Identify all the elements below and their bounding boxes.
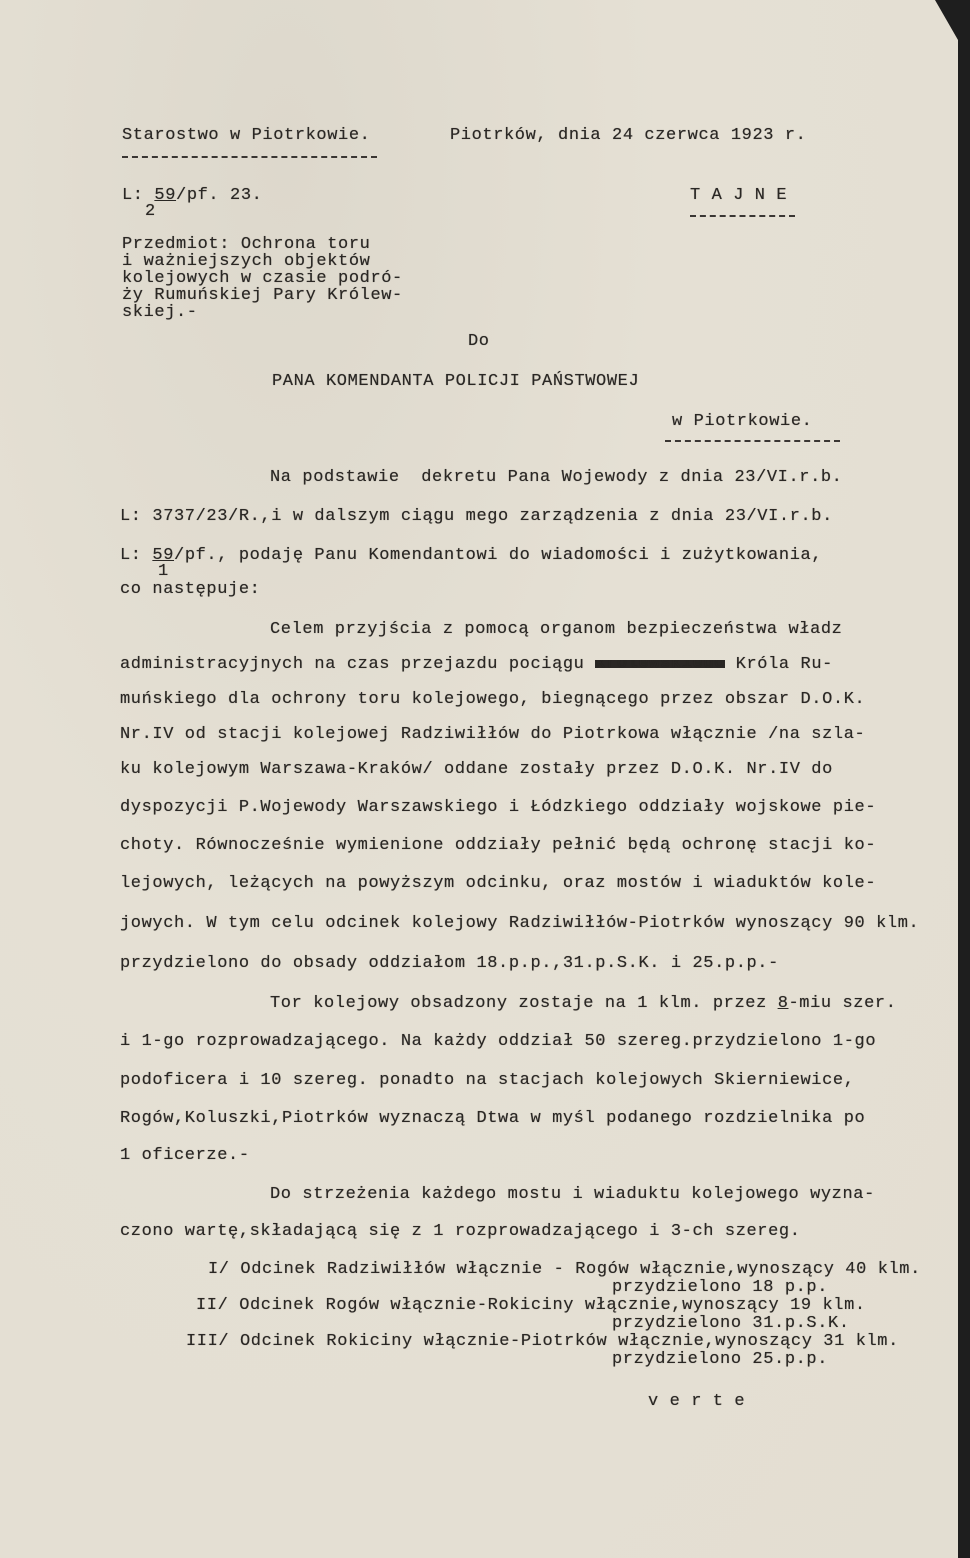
section-line: III/ Odcinek Rokiciny włącznie-Piotrków …: [186, 1332, 899, 1352]
body-line: co następuje:: [120, 580, 260, 600]
body-line: ku kolejowym Warszawa-Kraków/ oddane zos…: [120, 760, 833, 780]
ref-numerator: 59: [154, 186, 176, 205]
office-underline: [122, 156, 377, 158]
subject-line: i ważniejszych objektów: [122, 253, 370, 270]
body-line: przydzielono do obsady oddziałom 18.p.p.…: [120, 954, 779, 974]
body-line: i 1-go rozprowadzającego. Na każdy oddzi…: [120, 1032, 876, 1052]
body-line: Nr.IV od stacji kolejowej Radziwiłłów do…: [120, 725, 865, 745]
section-assigned: przydzielono 18 p.p.: [612, 1278, 828, 1298]
addressee-city: w Piotrkowie.: [672, 412, 812, 432]
body-line: Do strzeżenia każdego mostu i wiaduktu k…: [270, 1185, 875, 1205]
subject-line: kolejowych w czasie podró-: [122, 270, 403, 287]
body-line: Na podstawie dekretu Pana Wojewody z dni…: [270, 468, 843, 488]
classification-underline: [690, 215, 795, 217]
document-page: Starostwo w Piotrkowie. Piotrków, dnia 2…: [0, 0, 958, 1558]
subject-line: ży Rumuńskiej Pary Królew-: [122, 287, 403, 304]
ref-rest: /pf. 23.: [176, 186, 262, 205]
body-line: Celem przyjścia z pomocą organom bezpiec…: [270, 620, 843, 640]
ref-denominator: 1: [158, 562, 169, 582]
body-line: lejowych, leżących na powyższym odcinku,…: [120, 874, 876, 894]
body-line: Rogów,Koluszki,Piotrków wyznaczą Dtwa w …: [120, 1109, 865, 1129]
body-line: dyspozycji P.Wojewody Warszawskiego i Łó…: [120, 798, 876, 818]
place-date: Piotrków, dnia 24 czerwca 1923 r.: [450, 126, 806, 146]
body-line: muńskiego dla ochrony toru kolejowego, b…: [120, 690, 865, 710]
ref-denominator: 2: [145, 202, 156, 222]
ref-prefix: L:: [122, 186, 144, 205]
verte-note: v e r t e: [648, 1392, 745, 1412]
city-underline: [665, 440, 840, 442]
body-line: administracyjnych na czas przejazdu poci…: [120, 655, 833, 675]
addressee-title: PANA KOMENDANTA POLICJI PAŃSTWOWEJ: [272, 372, 639, 392]
subject-line: Przedmiot: Ochrona toru: [122, 236, 370, 253]
reference-number: L: 59/pf. 23.: [122, 186, 262, 206]
addressee-do: Do: [468, 332, 490, 352]
body-line: podoficera i 10 szereg. ponadto na stacj…: [120, 1071, 855, 1091]
body-line: jowych. W tym celu odcinek kolejowy Radz…: [120, 914, 919, 934]
subject-line: skiej.-: [122, 304, 198, 321]
struck-word: królewskiego: [595, 660, 725, 668]
classification-mark: T A J N E: [690, 186, 787, 206]
body-line: L: 3737/23/R.,i w dalszym ciągu mego zar…: [120, 507, 833, 527]
section-assigned: przydzielono 25.p.p.: [612, 1350, 828, 1370]
body-line: 1 oficerze.-: [120, 1146, 250, 1166]
section-line: I/ Odcinek Radziwiłłów włącznie - Rogów …: [208, 1260, 921, 1280]
issuing-office: Starostwo w Piotrkowie.: [122, 126, 370, 146]
body-line: Tor kolejowy obsadzony zostaje na 1 klm.…: [270, 994, 897, 1014]
section-assigned: przydzielono 31.p.S.K.: [612, 1314, 850, 1334]
body-line: czono wartę,składającą się z 1 rozprowad…: [120, 1222, 801, 1242]
section-line: II/ Odcinek Rogów włącznie-Rokiciny włąc…: [196, 1296, 866, 1316]
body-line: L: 59/pf., podaję Panu Komendantowi do w…: [120, 546, 822, 566]
body-line: choty. Równocześnie wymienione oddziały …: [120, 836, 876, 856]
